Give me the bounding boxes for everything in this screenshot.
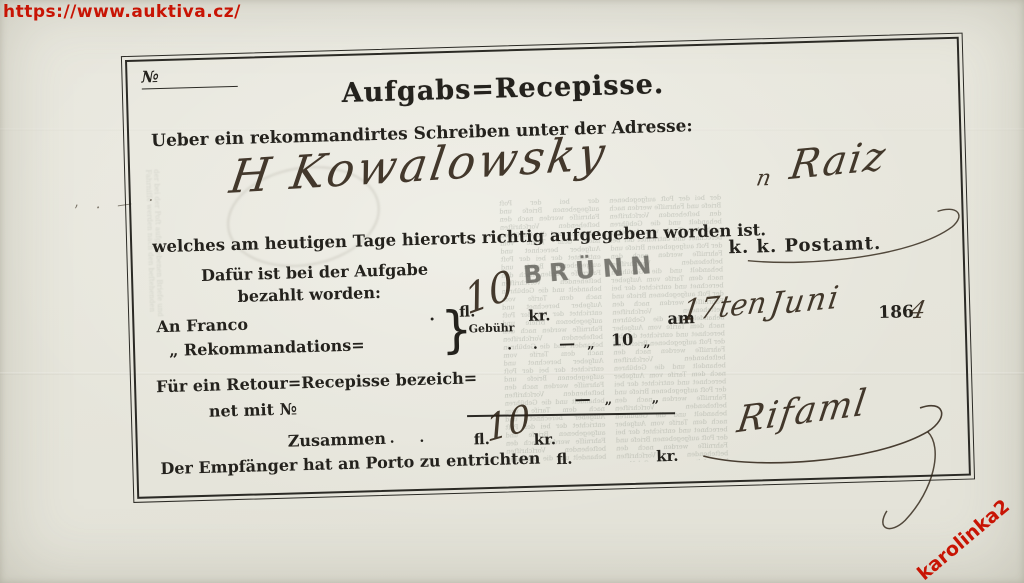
handwritten-date-month: Juni (767, 279, 842, 323)
handwritten-signature: Rifaml (735, 382, 871, 442)
scanned-document: https://www.auktiva.cz/ ’ · — · der bei … (0, 0, 1024, 583)
retour-line-2: net mit № (209, 399, 298, 420)
fl-dash-value: — (559, 334, 576, 353)
number-label: № (141, 67, 159, 86)
rekommandations-label: „ Rekommandations= (169, 335, 365, 359)
quote-mark: „ (643, 335, 651, 350)
porto-line: Der Empfänger hat an Porto zu entrichten (160, 449, 540, 479)
number-underline (142, 86, 238, 90)
quote-mark: „ (604, 393, 612, 408)
currency-kr-header: kr. (528, 306, 551, 325)
handwritten-destination-prefix: n (754, 166, 773, 192)
handwritten-destination: Raiz (787, 133, 890, 189)
porto-kr-label: kr. (656, 447, 679, 466)
handwritten-year-digit: 4 (908, 296, 928, 325)
retour-dash-value: — (574, 389, 591, 408)
porto-fl-label: fl. (556, 450, 573, 468)
zusammen-dots: . . (389, 430, 434, 447)
row-dots: . . (507, 336, 546, 353)
zusammen-label: Zusammen (287, 429, 386, 451)
post-office-label: k. k. Postamt. (728, 233, 881, 258)
reko-kr-value: 10 (611, 330, 634, 350)
franco-label: An Franco (156, 315, 248, 337)
paid-label-line2: bezahlt worden: (237, 283, 381, 306)
retour-line-1: Für ein Retour=Recepisse bezeich= (156, 368, 478, 396)
watermark-url: https://www.auktiva.cz/ (3, 2, 241, 22)
watermark-seller: karolinka2 (913, 495, 1014, 583)
receipt-form: der bei der Poſt aufgegebenen Briefe und… (125, 37, 971, 499)
zusammen-kr-label: kr. (534, 430, 557, 449)
franco-dot: · (429, 309, 435, 328)
gebuehr-label: Gebühr (468, 321, 514, 335)
document-title: Aufgabs=Recepisse. (248, 66, 759, 111)
handwritten-date-day: 17ten (680, 285, 769, 328)
quote-mark: „ (651, 391, 659, 406)
paid-label-line1: Dafür ist bei der Aufgabe (201, 260, 428, 285)
quote-mark: „ (587, 337, 595, 352)
